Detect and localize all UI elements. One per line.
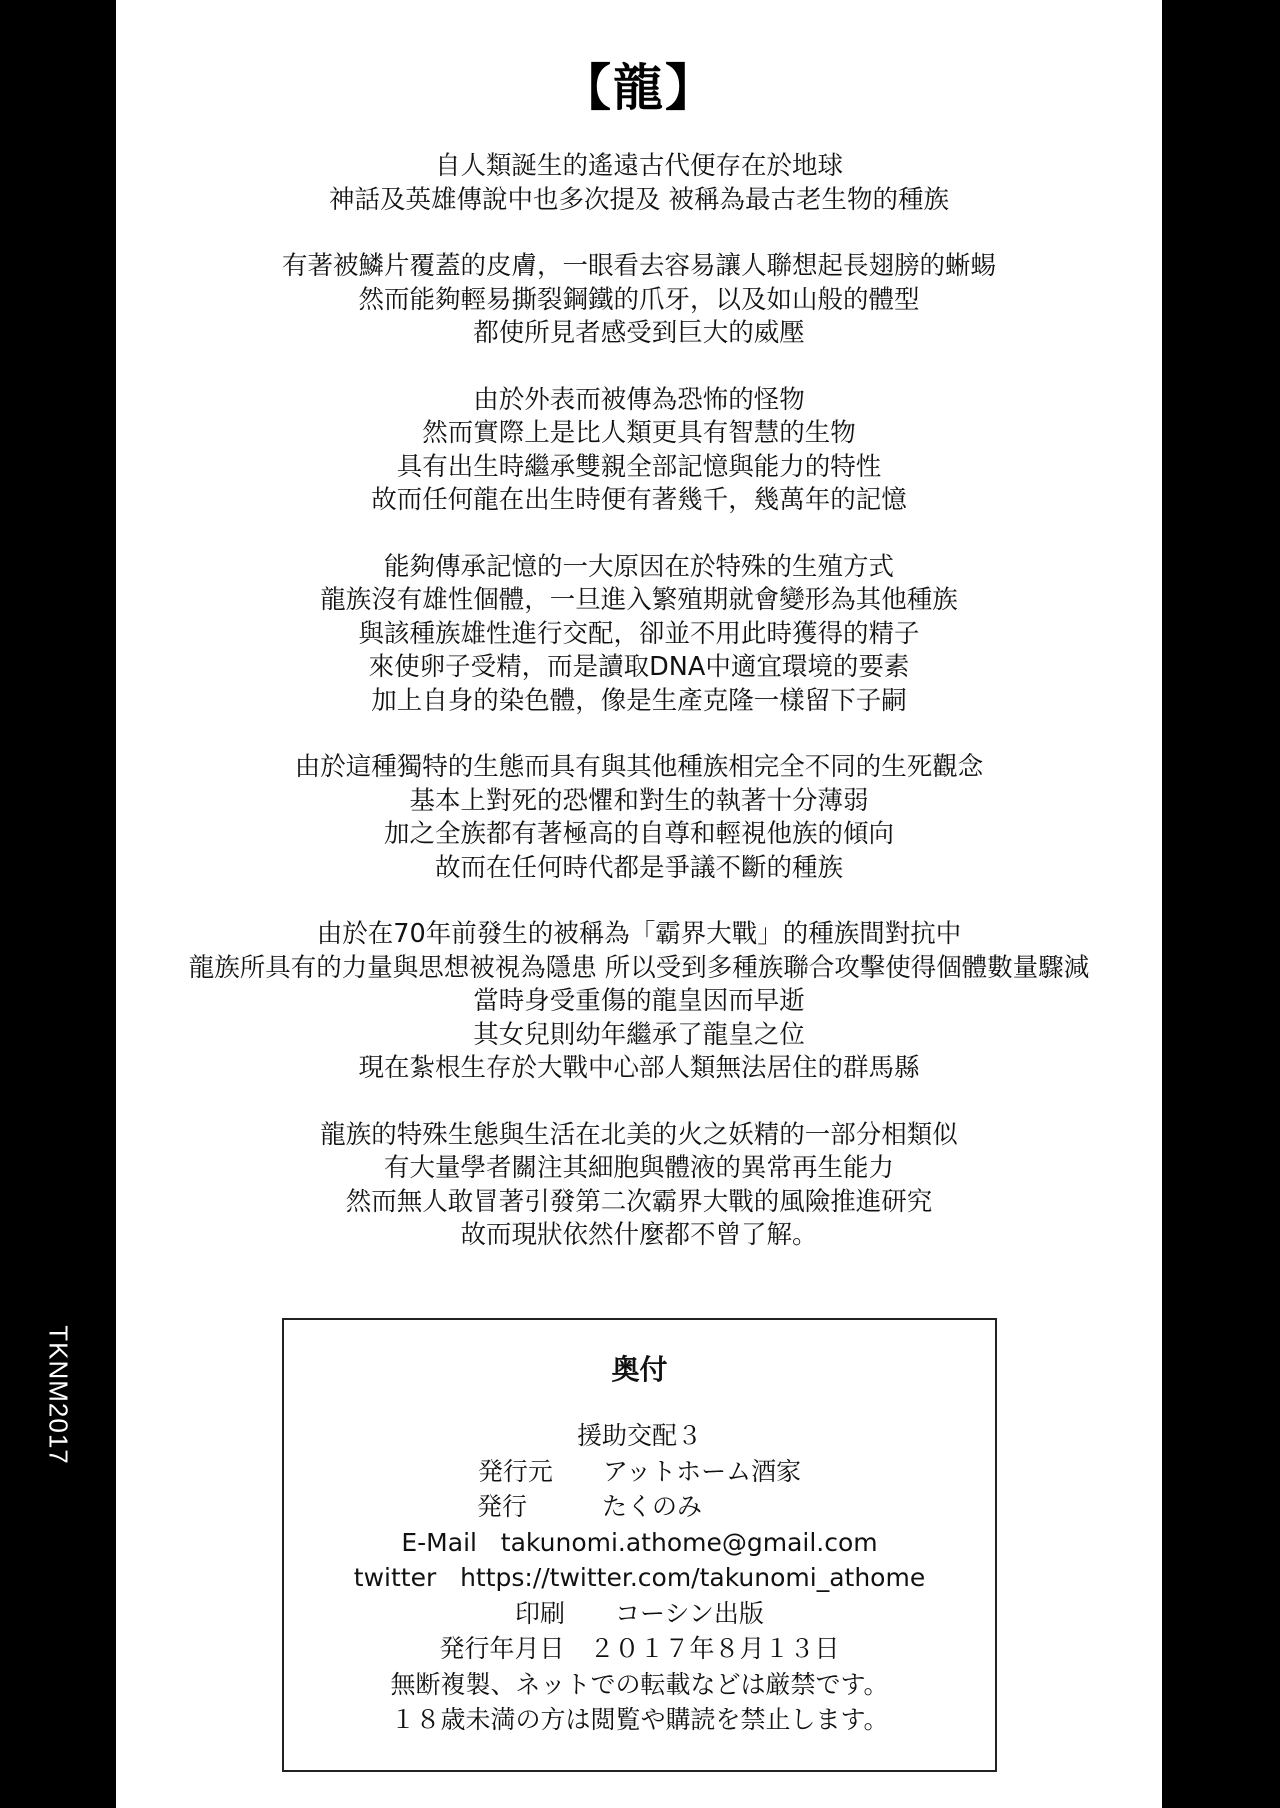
paragraph: 自人類誕生的遙遠古代便存在於地球 神話及英雄傳說中也多次提及 被稱為最古老生物的… xyxy=(116,150,1162,217)
paragraph: 能夠傳承記憶的一大原因在於特殊的生殖方式 龍族沒有雄性個體，一旦進入繁殖期就會變… xyxy=(116,551,1162,719)
paragraph: 由於外表而被傳為恐怖的怪物 然而實際上是比人類更具有智慧的生物 具有出生時繼承雙… xyxy=(116,384,1162,518)
copyright-notice: 無断複製、ネットでの転載などは厳禁です。 xyxy=(284,1667,995,1703)
text-line: 故而現狀依然什麼都不曾了解。 xyxy=(116,1219,1162,1253)
text-line: 然而能夠輕易撕裂鋼鐵的爪牙，以及如山般的體型 xyxy=(116,284,1162,318)
text-line: 龍族的特殊生態與生活在北美的火之妖精的一部分相類似 xyxy=(116,1119,1162,1153)
publish-date-row: 発行年月日 ２０１７年８月１３日 xyxy=(284,1631,995,1667)
text-line: 來使卵子受精，而是讀取DNA中適宜環境的要素 xyxy=(116,651,1162,685)
text-line: 然而無人敢冒著引發第二次霸界大戰的風險推進研究 xyxy=(116,1186,1162,1220)
text-line: 自人類誕生的遙遠古代便存在於地球 xyxy=(116,150,1162,184)
text-line: 龍族沒有雄性個體，一旦進入繁殖期就會變形為其他種族 xyxy=(116,584,1162,618)
text-line: 由於外表而被傳為恐怖的怪物 xyxy=(116,384,1162,418)
twitter-row: twitter https://twitter.com/takunomi_ath… xyxy=(284,1560,995,1596)
text-line: 現在紮根生存於大戰中心部人類無法居住的群馬縣 xyxy=(116,1052,1162,1086)
text-line: 然而實際上是比人類更具有智慧的生物 xyxy=(116,417,1162,451)
text-line: 由於在70年前發生的被稱為「霸界大戰」的種族間對抗中 xyxy=(116,918,1162,952)
colophon-heading: 奥付 xyxy=(284,1352,995,1388)
lore-text: 自人類誕生的遙遠古代便存在於地球 神話及英雄傳說中也多次提及 被稱為最古老生物的… xyxy=(116,150,1162,1286)
page-title: 【龍】 xyxy=(116,58,1162,118)
text-line: 有大量學者關注其細胞與體液的異常再生能力 xyxy=(116,1152,1162,1186)
text-line: 加之全族都有著極高的自尊和輕視他族的傾向 xyxy=(116,818,1162,852)
text-line: 能夠傳承記憶的一大原因在於特殊的生殖方式 xyxy=(116,551,1162,585)
paragraph: 龍族的特殊生態與生活在北美的火之妖精的一部分相類似 有大量學者關注其細胞與體液的… xyxy=(116,1119,1162,1253)
text-line: 基本上對死的恐懼和對生的執著十分薄弱 xyxy=(116,785,1162,819)
text-line: 有著被鱗片覆蓋的皮膚，一眼看去容易讓人聯想起長翅膀的蜥蜴 xyxy=(116,250,1162,284)
issuer-row: 発行 たくのみ xyxy=(284,1489,995,1525)
text-line: 龍族所具有的力量與思想被視為隱患 所以受到多種族聯合攻擊使得個體數量驟減 xyxy=(116,952,1162,986)
document-page: 【龍】 自人類誕生的遙遠古代便存在於地球 神話及英雄傳說中也多次提及 被稱為最古… xyxy=(116,0,1162,1808)
text-line: 都使所見者感受到巨大的威壓 xyxy=(116,317,1162,351)
watermark-label: TKNM2017 xyxy=(43,1325,74,1465)
text-line: 具有出生時繼承雙親全部記憶與能力的特性 xyxy=(116,451,1162,485)
printer-row: 印刷 コーシン出版 xyxy=(284,1596,995,1632)
publisher-row: 発行元 アットホーム酒家 xyxy=(284,1454,995,1490)
paragraph: 有著被鱗片覆蓋的皮膚，一眼看去容易讓人聯想起長翅膀的蜥蜴 然而能夠輕易撕裂鋼鐵的… xyxy=(116,250,1162,351)
paragraph: 由於這種獨特的生態而具有與其他種族相完全不同的生死觀念 基本上對死的恐懼和對生的… xyxy=(116,751,1162,885)
text-line: 故而在任何時代都是爭議不斷的種族 xyxy=(116,852,1162,886)
text-line: 其女兒則幼年繼承了龍皇之位 xyxy=(116,1019,1162,1053)
email-row: E-Mail takunomi.athome@gmail.com xyxy=(284,1525,995,1561)
text-line: 故而任何龍在出生時便有著幾千，幾萬年的記憶 xyxy=(116,484,1162,518)
age-restriction-notice: １８歳未満の方は閲覧や購読を禁止します。 xyxy=(284,1702,995,1738)
text-line: 當時身受重傷的龍皇因而早逝 xyxy=(116,985,1162,1019)
paragraph: 由於在70年前發生的被稱為「霸界大戰」的種族間對抗中 龍族所具有的力量與思想被視… xyxy=(116,918,1162,1086)
text-line: 加上自身的染色體，像是生產克隆一樣留下子嗣 xyxy=(116,685,1162,719)
book-title: 援助交配３ xyxy=(284,1418,995,1454)
text-line: 神話及英雄傳說中也多次提及 被稱為最古老生物的種族 xyxy=(116,184,1162,218)
colophon-box: 奥付 援助交配３ 発行元 アットホーム酒家 発行 たくのみ E-Mail tak… xyxy=(282,1318,997,1772)
text-line: 與該種族雄性進行交配，卻並不用此時獲得的精子 xyxy=(116,618,1162,652)
text-line: 由於這種獨特的生態而具有與其他種族相完全不同的生死觀念 xyxy=(116,751,1162,785)
colophon-details: 援助交配３ 発行元 アットホーム酒家 発行 たくのみ E-Mail takuno… xyxy=(284,1418,995,1738)
